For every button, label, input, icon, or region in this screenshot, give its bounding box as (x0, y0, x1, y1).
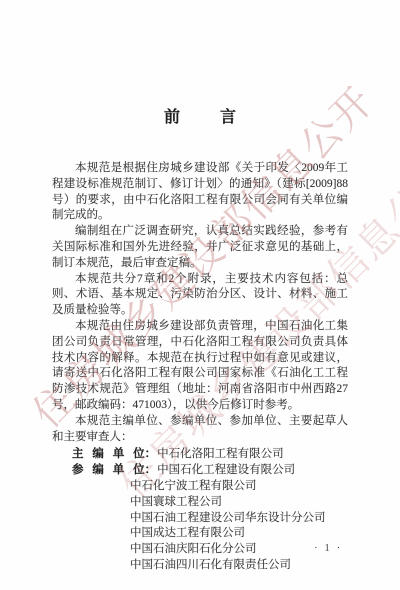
chief-editor-row: 主 编 单 位： 中石化洛阳工程有限公司 (72, 447, 360, 463)
chief-editor-label: 主 编 单 位： (72, 447, 156, 463)
foreword-paragraph-4: 本规范由住房城乡建设部负责管理，中国石油化工集团公司负责日常管理，中石化洛阳工程… (52, 319, 348, 414)
co-editor-value: 中国石油四川石化有限责任公司 (130, 558, 360, 574)
co-editor-value: 中国石油工程建设公司华东设计分公司 (130, 511, 360, 527)
page-title: 前 言 (0, 0, 400, 127)
editor-units-block: 主 编 单 位： 中石化洛阳工程有限公司 参 编 单 位： 中国石化工程建设有限… (72, 447, 360, 573)
foreword-body: 本规范是根据住房城乡建设部《关于印发〈2009年工程建设标准规范制订、修订计划〉… (52, 161, 348, 445)
foreword-paragraph-3: 本规范共分7章和2个附录，主要技术内容包括：总则、术语、基本规定、污染防治分区、… (52, 272, 348, 319)
document-page: 住房城乡建设部信息公开 住房城乡建设部信息公开 前 言 本规范是根据住房城乡建设… (0, 0, 400, 590)
chief-editor-value: 中石化洛阳工程有限公司 (157, 447, 360, 463)
co-editor-row: 参 编 单 位： 中国石化工程建设有限公司 (72, 463, 360, 479)
co-editor-value: 中国寰球工程公司 (130, 495, 360, 511)
co-editor-value: 中石化宁波工程有限公司 (130, 479, 360, 495)
page-number: · 1 · (314, 542, 342, 554)
foreword-paragraph-1: 本规范是根据住房城乡建设部《关于印发〈2009年工程建设标准规范制订、修订计划〉… (52, 161, 348, 224)
co-editor-value: 中国石化工程建设有限公司 (157, 463, 360, 479)
co-editor-value: 中国成达工程有限公司 (130, 526, 360, 542)
foreword-paragraph-2: 编制组在广泛调查研究，认真总结实践经验，参考有关国际标准和国外先进经验，并广泛征… (52, 224, 348, 271)
foreword-paragraph-5: 本规范主编单位、参编单位、参加单位、主要起草人和主要审查人： (52, 414, 348, 446)
co-editor-label: 参 编 单 位： (72, 463, 156, 479)
